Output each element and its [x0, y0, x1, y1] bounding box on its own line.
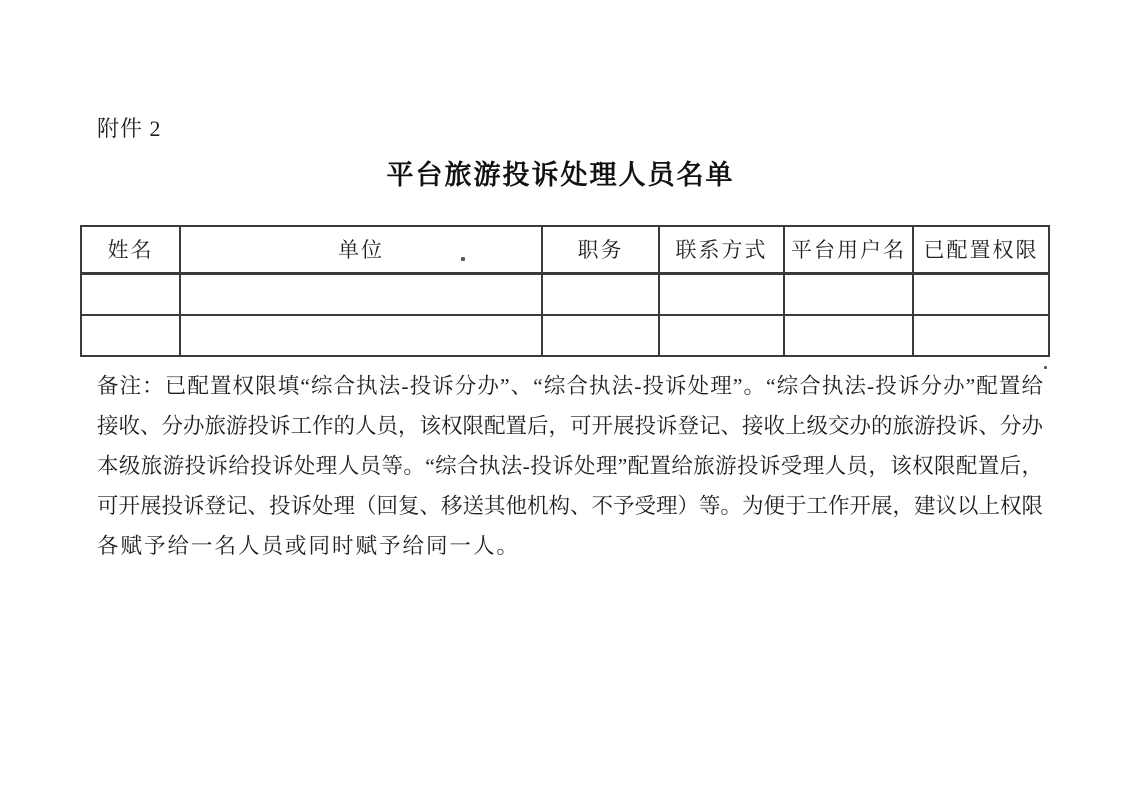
col-header-permission: 已配置权限	[913, 226, 1049, 273]
table-cell	[784, 315, 913, 356]
col-header-username: 平台用户名	[784, 226, 913, 273]
attachment-label: 附件 2	[97, 112, 162, 143]
table-header-row: 姓名 单位 职务 联系方式 平台用户名 已配置权限	[81, 226, 1049, 273]
table-cell	[180, 273, 542, 315]
remark-line: 各赋予给一名人员或同时赋予给同一人。	[97, 526, 1043, 566]
table-cell	[180, 315, 542, 356]
col-header-contact: 联系方式	[659, 226, 784, 273]
remark-line: 可开展投诉登记、投诉处理（回复、移送其他机构、不予受理）等。为便于工作开展，建议…	[97, 486, 1043, 526]
col-header-name: 姓名	[81, 226, 180, 273]
col-header-unit: 单位	[180, 226, 542, 273]
table-row	[81, 273, 1049, 315]
table-cell	[913, 315, 1049, 356]
col-header-position: 职务	[542, 226, 659, 273]
scan-speck	[1044, 366, 1047, 369]
remark-line: 本级旅游投诉给投诉处理人员等。“综合执法-投诉处理”配置给旅游投诉受理人员，该权…	[97, 446, 1043, 486]
table-cell	[659, 273, 784, 315]
remark-line: 备注：已配置权限填“综合执法-投诉分办”、“综合执法-投诉处理”。“综合执法-投…	[97, 366, 1043, 406]
table-cell	[784, 273, 913, 315]
document-page: 附件 2 平台旅游投诉处理人员名单 姓名 单位 职务 联系方式 平台用户名 已配…	[0, 0, 1121, 793]
personnel-table: 姓名 单位 职务 联系方式 平台用户名 已配置权限	[80, 225, 1050, 357]
remark-paragraph: 备注：已配置权限填“综合执法-投诉分办”、“综合执法-投诉处理”。“综合执法-投…	[97, 366, 1043, 566]
document-title: 平台旅游投诉处理人员名单	[0, 153, 1121, 192]
remark-line: 接收、分办旅游投诉工作的人员，该权限配置后，可开展投诉登记、接收上级交办的旅游投…	[97, 406, 1043, 446]
table-cell	[659, 315, 784, 356]
table-row	[81, 315, 1049, 356]
table-cell	[913, 273, 1049, 315]
scan-speck	[461, 257, 465, 261]
table-cell	[542, 273, 659, 315]
table-cell	[81, 315, 180, 356]
table-cell	[542, 315, 659, 356]
table-cell	[81, 273, 180, 315]
